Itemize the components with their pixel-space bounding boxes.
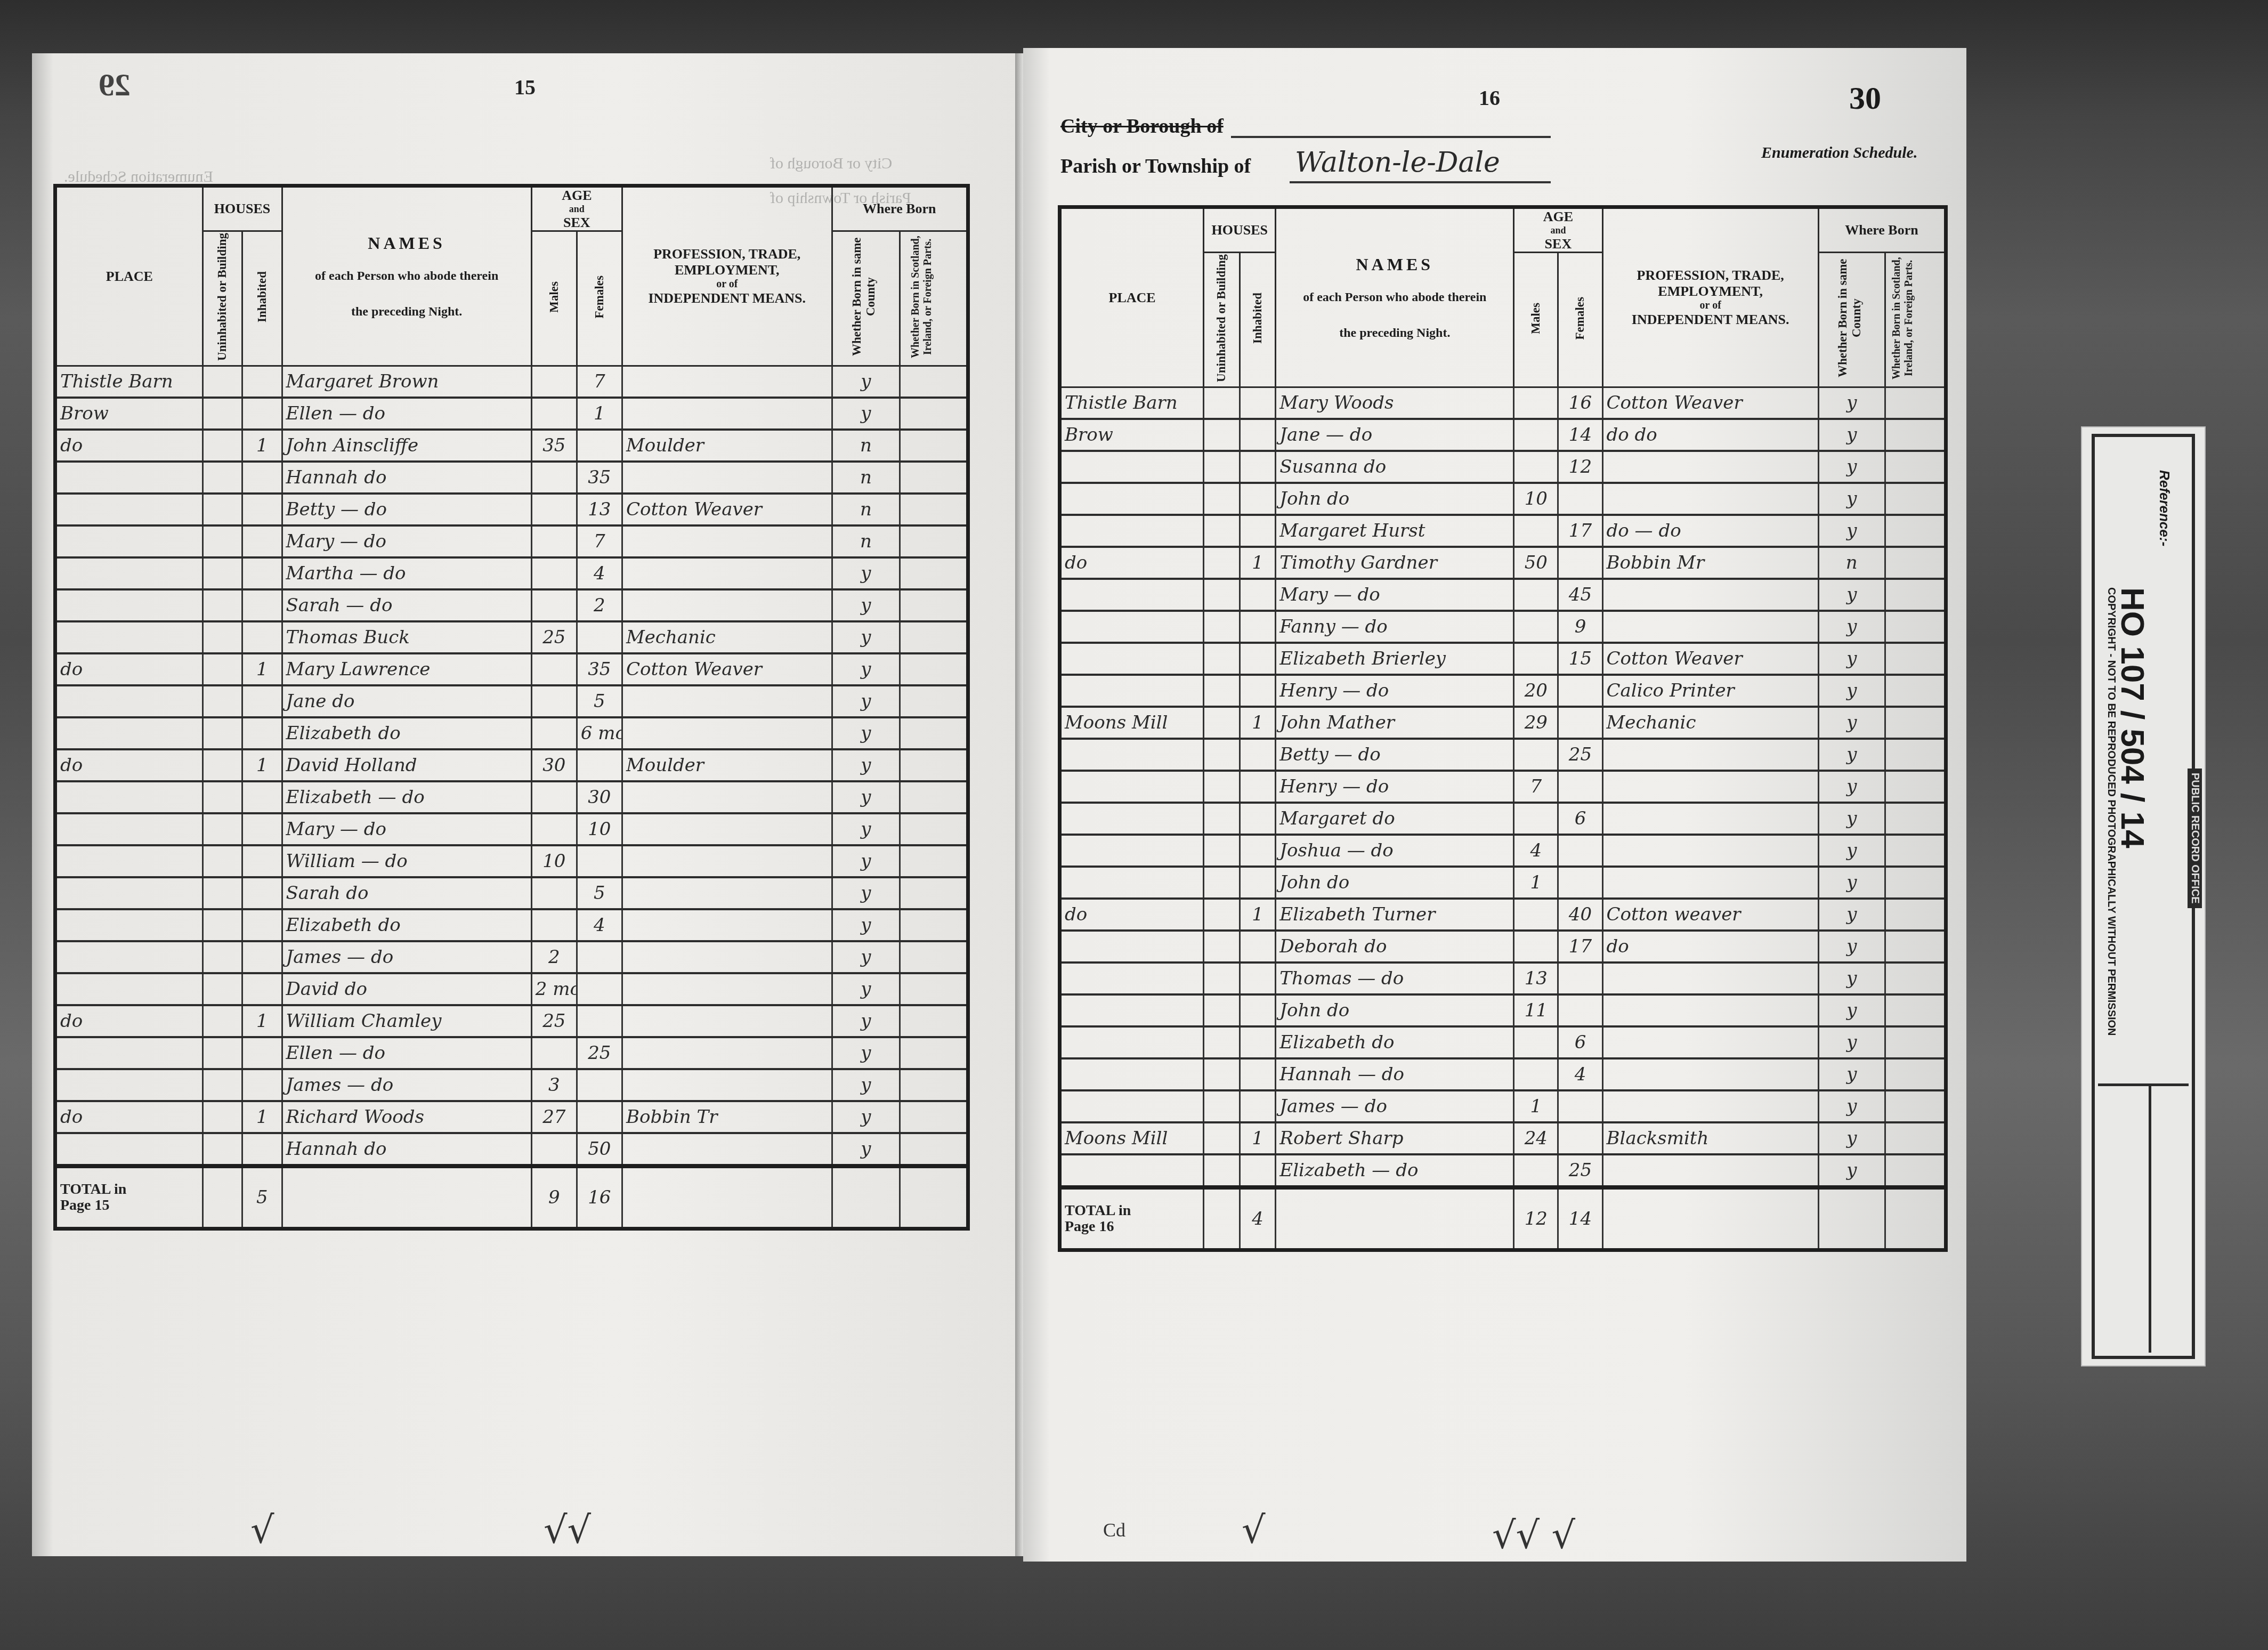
born-same-county-cell: y [832,685,900,717]
male-age-cell [1514,803,1558,835]
profession-cell [622,557,832,589]
uninhabited-cell [203,1005,242,1037]
place-cell [1060,675,1204,707]
audit-tick: √ [250,1508,274,1552]
inhabited-cell [1240,739,1276,771]
table-row: do1John Ainscliffe35Mouldern [55,430,968,462]
place-cell [55,494,203,525]
inhabited-cell [242,462,282,494]
col-header-houses: HOUSES [1204,207,1276,253]
female-age-cell: 7 [577,525,622,557]
col-header-age-sex: AGE and SEX [1514,207,1602,253]
profession-cell: do — do [1602,515,1818,547]
born-same-county-cell: y [832,717,900,749]
female-age-cell [577,1101,622,1133]
born-same-county-cell: y [1818,707,1885,739]
born-same-county-cell: n [1818,547,1885,579]
profession-cell: Bobbin Mr [1602,547,1818,579]
place-cell: Thistle Barn [55,366,203,398]
profession-cell: Calico Printer [1602,675,1818,707]
profession-cell: Cotton weaver [1602,899,1818,931]
col-header-males: Males [531,231,577,366]
born-same-county-cell: y [832,813,900,845]
place-cell: Brow [1060,419,1204,451]
born-foreign-cell [1885,387,1946,419]
born-foreign-cell [1885,1122,1946,1154]
inhabited-cell [242,813,282,845]
inhabited-cell [242,1133,282,1166]
male-age-cell: 27 [531,1101,577,1133]
inhabited-cell [242,366,282,398]
profession-line4: INDEPENDENT MEANS. [1603,312,1818,328]
uninhabited-cell [203,653,242,685]
male-age-cell [1514,515,1558,547]
name-cell: Hannah — do [1276,1058,1514,1090]
uninhabited-cell [1204,1122,1240,1154]
name-cell: Susanna do [1276,451,1514,483]
uninhabited-cell [203,877,242,909]
male-age-cell [531,653,577,685]
table-row: BrowJane — do14do doy [1060,419,1946,451]
profession-cell [1602,835,1818,867]
table-row: do1Timothy Gardner50Bobbin Mrn [1060,547,1946,579]
female-age-cell [577,941,622,973]
born-same-county-cell: y [1818,451,1885,483]
male-age-cell [531,462,577,494]
place-cell [1060,739,1204,771]
name-cell: John do [1276,994,1514,1026]
name-cell: John Ainscliffe [282,430,531,462]
inhabited-cell [242,685,282,717]
total-females-left: 16 [577,1166,622,1229]
uninhabited-cell [1204,867,1240,899]
table-row: Susanna do12y [1060,451,1946,483]
col-header-place: PLACE [1060,207,1204,387]
male-age-cell [1514,387,1558,419]
table-row: James — do3y [55,1069,968,1101]
table-row: John do10y [1060,483,1946,515]
female-age-cell: 4 [1558,1058,1602,1090]
male-age-cell: 20 [1514,675,1558,707]
parish-township-value: Walton-le-Dale [1295,147,1500,179]
col-header-uninhabited: Uninhabited or Building [203,231,242,366]
profession-cell [622,973,832,1005]
names-sub2: the preceding Night. [1276,326,1513,341]
male-age-cell [531,1037,577,1069]
inhabited-cell [1240,1154,1276,1187]
male-age-cell [1514,419,1558,451]
inhabited-cell: 1 [242,1101,282,1133]
name-cell: Mary — do [282,813,531,845]
born-foreign-cell [1885,675,1946,707]
total-foreign-right [1885,1187,1946,1250]
born-foreign-cell [1885,994,1946,1026]
census-table-left: PLACE HOUSES NAMES of each Person who ab… [53,184,970,1231]
female-age-cell: 14 [1558,419,1602,451]
male-age-cell [1514,611,1558,643]
table-row: Martha — do4y [55,557,968,589]
born-foreign-cell [900,494,968,525]
name-cell: Henry — do [1276,675,1514,707]
female-age-cell [577,430,622,462]
profession-line3: or of [1603,300,1818,312]
female-age-cell: 5 [577,877,622,909]
name-cell: Hannah do [282,462,531,494]
total-row-left: TOTAL inPage 15 5 9 16 [55,1166,968,1229]
place-cell: Moons Mill [1060,1122,1204,1154]
born-same-county-cell: y [832,909,900,941]
female-age-cell: 5 [577,685,622,717]
col-header-inhabited: Inhabited [1240,253,1276,387]
profession-cell: Blacksmith [1602,1122,1818,1154]
female-age-cell: 6 mo [577,717,622,749]
uninhabited-cell [203,589,242,621]
uninhabited-cell [203,941,242,973]
uninhabited-cell [203,781,242,813]
profession-line1: PROFESSION, TRADE, [623,246,831,262]
profession-cell: Moulder [622,430,832,462]
name-cell: Jane — do [1276,419,1514,451]
born-foreign-cell [900,557,968,589]
census-rows-left: Thistle BarnMargaret Brown7yBrowEllen — … [55,366,968,1167]
inhabited-cell [1240,419,1276,451]
name-cell: Timothy Gardner [1276,547,1514,579]
male-age-cell: 11 [1514,994,1558,1026]
born-same-county-cell: y [832,1101,900,1133]
ruler-divider [2149,1086,2151,1353]
born-same-county-cell: y [832,1037,900,1069]
male-age-cell [1514,899,1558,931]
born-same-county-cell: y [832,653,900,685]
table-row: John do11y [1060,994,1946,1026]
uninhabited-cell [203,813,242,845]
profession-cell [1602,771,1818,803]
uninhabited-cell [1204,962,1240,994]
table-row: David do2 moy [55,973,968,1005]
place-cell [1060,771,1204,803]
female-age-cell [1558,994,1602,1026]
total-label-left: TOTAL inPage 15 [55,1166,203,1229]
born-same-county-cell: y [832,1069,900,1101]
inhabited-cell [1240,1058,1276,1090]
table-row: Ellen — do25y [55,1037,968,1069]
female-age-cell: 9 [1558,611,1602,643]
age-title: AGE [1514,209,1601,225]
born-same-county-cell: y [1818,419,1885,451]
inhabited-cell [1240,803,1276,835]
table-row: Elizabeth do6y [1060,1026,1946,1058]
place-cell [55,941,203,973]
male-age-cell [531,1133,577,1166]
profession-cell: do do [1602,419,1818,451]
born-foreign-cell [900,430,968,462]
female-age-cell [1558,1122,1602,1154]
name-cell: Ellen — do [282,1037,531,1069]
male-age-cell [1514,1026,1558,1058]
female-age-cell: 40 [1558,899,1602,931]
place-cell: Thistle Barn [1060,387,1204,419]
born-same-county-cell: y [1818,1122,1885,1154]
parish-township-label: Parish or Township of [1060,155,1251,178]
born-foreign-cell [900,781,968,813]
born-foreign-cell [1885,547,1946,579]
name-cell: Margaret Brown [282,366,531,398]
table-row: BrowEllen — do1y [55,398,968,430]
place-cell [1060,1090,1204,1122]
total-uninhabited-left [203,1166,242,1229]
female-age-cell: 16 [1558,387,1602,419]
name-cell: Mary — do [1276,579,1514,611]
name-cell: Betty — do [282,494,531,525]
female-age-cell: 35 [577,653,622,685]
inhabited-cell: 1 [1240,899,1276,931]
born-same-county-cell: y [832,366,900,398]
born-same-county-cell: n [832,430,900,462]
total-uninhabited-right [1204,1187,1240,1250]
male-age-cell: 50 [1514,547,1558,579]
uninhabited-cell [1204,707,1240,739]
female-age-cell: 4 [577,909,622,941]
born-foreign-cell [1885,962,1946,994]
uninhabited-cell [1204,643,1240,675]
inhabited-cell [1240,835,1276,867]
uninhabited-cell [203,749,242,781]
col-header-names: NAMES of each Person who abode therein t… [1276,207,1514,387]
place-cell: do [1060,899,1204,931]
female-age-cell [1558,707,1602,739]
name-cell: Margaret Hurst [1276,515,1514,547]
uninhabited-cell [1204,1090,1240,1122]
born-same-county-cell: y [832,589,900,621]
col-header-where-born: Where Born [1818,207,1946,253]
inhabited-cell [1240,579,1276,611]
uninhabited-cell [1204,771,1240,803]
born-foreign-cell [900,877,968,909]
table-row: Hannah do35n [55,462,968,494]
names-sub1: of each Person who abode therein [283,269,531,284]
profession-cell [622,877,832,909]
uninhabited-cell [1204,675,1240,707]
inhabited-cell [1240,1090,1276,1122]
place-cell [55,621,203,653]
uninhabited-cell [203,1069,242,1101]
col-header-females: Females [577,231,622,366]
female-age-cell [1558,483,1602,515]
total-label-right: TOTAL inPage 16 [1060,1187,1204,1250]
female-age-cell [1558,835,1602,867]
uninhabited-cell [203,462,242,494]
table-row: William — do10y [55,845,968,877]
inhabited-cell [242,525,282,557]
female-age-cell [1558,962,1602,994]
born-foreign-cell [900,1037,968,1069]
born-foreign-cell [900,685,968,717]
female-age-cell [1558,547,1602,579]
born-same-county-cell: y [1818,899,1885,931]
total-males-left: 9 [531,1166,577,1229]
inhabited-cell [242,845,282,877]
profession-cell: Moulder [622,749,832,781]
place-cell: do [55,1101,203,1133]
inhabited-cell [1240,675,1276,707]
place-cell [55,813,203,845]
profession-cell: Cotton Weaver [622,494,832,525]
uninhabited-cell [203,1037,242,1069]
male-age-cell: 10 [531,845,577,877]
table-row: Jane do5y [55,685,968,717]
male-age-cell [531,366,577,398]
total-names-left [282,1166,531,1229]
profession-cell [1602,867,1818,899]
born-same-county-cell: y [1818,1154,1885,1187]
born-same-county-cell: y [1818,579,1885,611]
inhabited-cell: 1 [242,430,282,462]
inhabited-cell [1240,931,1276,962]
uninhabited-cell [203,717,242,749]
total-profession-left [622,1166,832,1229]
born-same-county-cell: y [1818,962,1885,994]
born-same-county-cell: y [832,1133,900,1166]
col-header-where-born: Where Born [832,186,968,231]
audit-tick: √√ √ [1492,1514,1575,1557]
place-cell [1060,515,1204,547]
born-foreign-cell [1885,451,1946,483]
profession-cell [622,1005,832,1037]
profession-cell [622,909,832,941]
born-foreign-cell [900,941,968,973]
name-cell: Thomas Buck [282,621,531,653]
male-age-cell: 30 [531,749,577,781]
uninhabited-cell [1204,1058,1240,1090]
name-cell: Henry — do [1276,771,1514,803]
female-age-cell: 25 [1558,1154,1602,1187]
female-age-cell [577,1005,622,1037]
uninhabited-cell [203,525,242,557]
profession-cell [1602,611,1818,643]
name-cell: Elizabeth do [282,717,531,749]
reference-slip: Reference:- HO 107 / 504 / 14 COPYRIGHT … [2081,426,2206,1366]
table-row: Deborah do17doy [1060,931,1946,962]
inhabited-cell [1240,483,1276,515]
inhabited-cell: 1 [1240,707,1276,739]
born-foreign-cell [1885,1154,1946,1187]
born-same-county-cell: y [832,877,900,909]
uninhabited-cell [203,685,242,717]
born-same-county-cell: y [832,557,900,589]
profession-cell [622,845,832,877]
uninhabited-cell [1204,419,1240,451]
table-row: do1Mary Lawrence35Cotton Weavery [55,653,968,685]
born-same-county-cell: y [1818,1090,1885,1122]
born-foreign-cell [900,462,968,494]
female-age-cell: 45 [1558,579,1602,611]
name-cell: Elizabeth — do [1276,1154,1514,1187]
table-row: Elizabeth Brierley15Cotton Weavery [1060,643,1946,675]
col-header-foreign: Whether Born in Scotland, Ireland, or Fo… [900,231,968,366]
table-row: Hannah — do4y [1060,1058,1946,1090]
born-foreign-cell [1885,771,1946,803]
born-foreign-cell [900,653,968,685]
male-age-cell: 1 [1514,1090,1558,1122]
age-title: AGE [532,188,621,204]
names-title: NAMES [1276,255,1513,274]
right-page: 16 30 City or Borough of Parish or Towns… [1023,48,1966,1562]
born-foreign-cell [900,366,968,398]
inhabited-cell [242,557,282,589]
female-age-cell: 35 [577,462,622,494]
place-cell [55,525,203,557]
total-names-right [1276,1187,1514,1250]
male-age-cell: 7 [1514,771,1558,803]
name-cell: David Holland [282,749,531,781]
inhabited-cell [242,941,282,973]
name-cell: David do [282,973,531,1005]
reference-number: HO 107 / 504 / 14 [2113,587,2151,848]
born-same-county-cell: y [1818,387,1885,419]
census-rows-right: Thistle BarnMary Woods16Cotton WeaveryBr… [1060,387,1946,1188]
uninhabited-cell [203,557,242,589]
male-age-cell: 2 [531,941,577,973]
place-cell [55,557,203,589]
age-sex: SEX [1514,236,1601,252]
page-number-left: 15 [514,75,536,100]
inhabited-cell [242,717,282,749]
male-age-cell: 29 [1514,707,1558,739]
inhabited-cell [1240,643,1276,675]
profession-cell [622,366,832,398]
table-row: Henry — do7y [1060,771,1946,803]
female-age-cell: 17 [1558,931,1602,962]
name-cell: Ellen — do [282,398,531,430]
male-age-cell [531,685,577,717]
male-age-cell: 2 mo [531,973,577,1005]
male-age-cell [531,877,577,909]
place-cell [1060,1058,1204,1090]
col-header-profession: PROFESSION, TRADE, EMPLOYMENT, or of IND… [622,186,832,366]
uninhabited-cell [203,1101,242,1133]
born-same-county-cell: y [832,941,900,973]
male-age-cell [531,717,577,749]
uninhabited-cell [1204,931,1240,962]
born-same-county-cell: y [832,845,900,877]
female-age-cell: 30 [577,781,622,813]
profession-cell [622,685,832,717]
born-foreign-cell [1885,1026,1946,1058]
profession-cell [622,398,832,430]
table-row: Thistle BarnMary Woods16Cotton Weavery [1060,387,1946,419]
total-inhabited-left: 5 [242,1166,282,1229]
place-cell [55,717,203,749]
name-cell: Sarah do [282,877,531,909]
name-cell: Jane do [282,685,531,717]
uninhabited-cell [203,973,242,1005]
female-age-cell: 15 [1558,643,1602,675]
born-same-county-cell: y [1818,675,1885,707]
born-foreign-cell [900,845,968,877]
female-age-cell: 6 [1558,1026,1602,1058]
col-header-names: NAMES of each Person who abode therein t… [282,186,531,366]
place-cell [55,685,203,717]
name-cell: James — do [1276,1090,1514,1122]
left-page: 29 15 Enumeration Schedule. City or Boro… [32,53,1023,1556]
table-row: Thistle BarnMargaret Brown7y [55,366,968,398]
profession-cell [1602,994,1818,1026]
table-row: do1David Holland30Mouldery [55,749,968,781]
inhabited-cell [242,494,282,525]
col-header-same-county: Whether Born in same County [832,231,900,366]
city-borough-line [1231,136,1551,138]
female-age-cell: 13 [577,494,622,525]
